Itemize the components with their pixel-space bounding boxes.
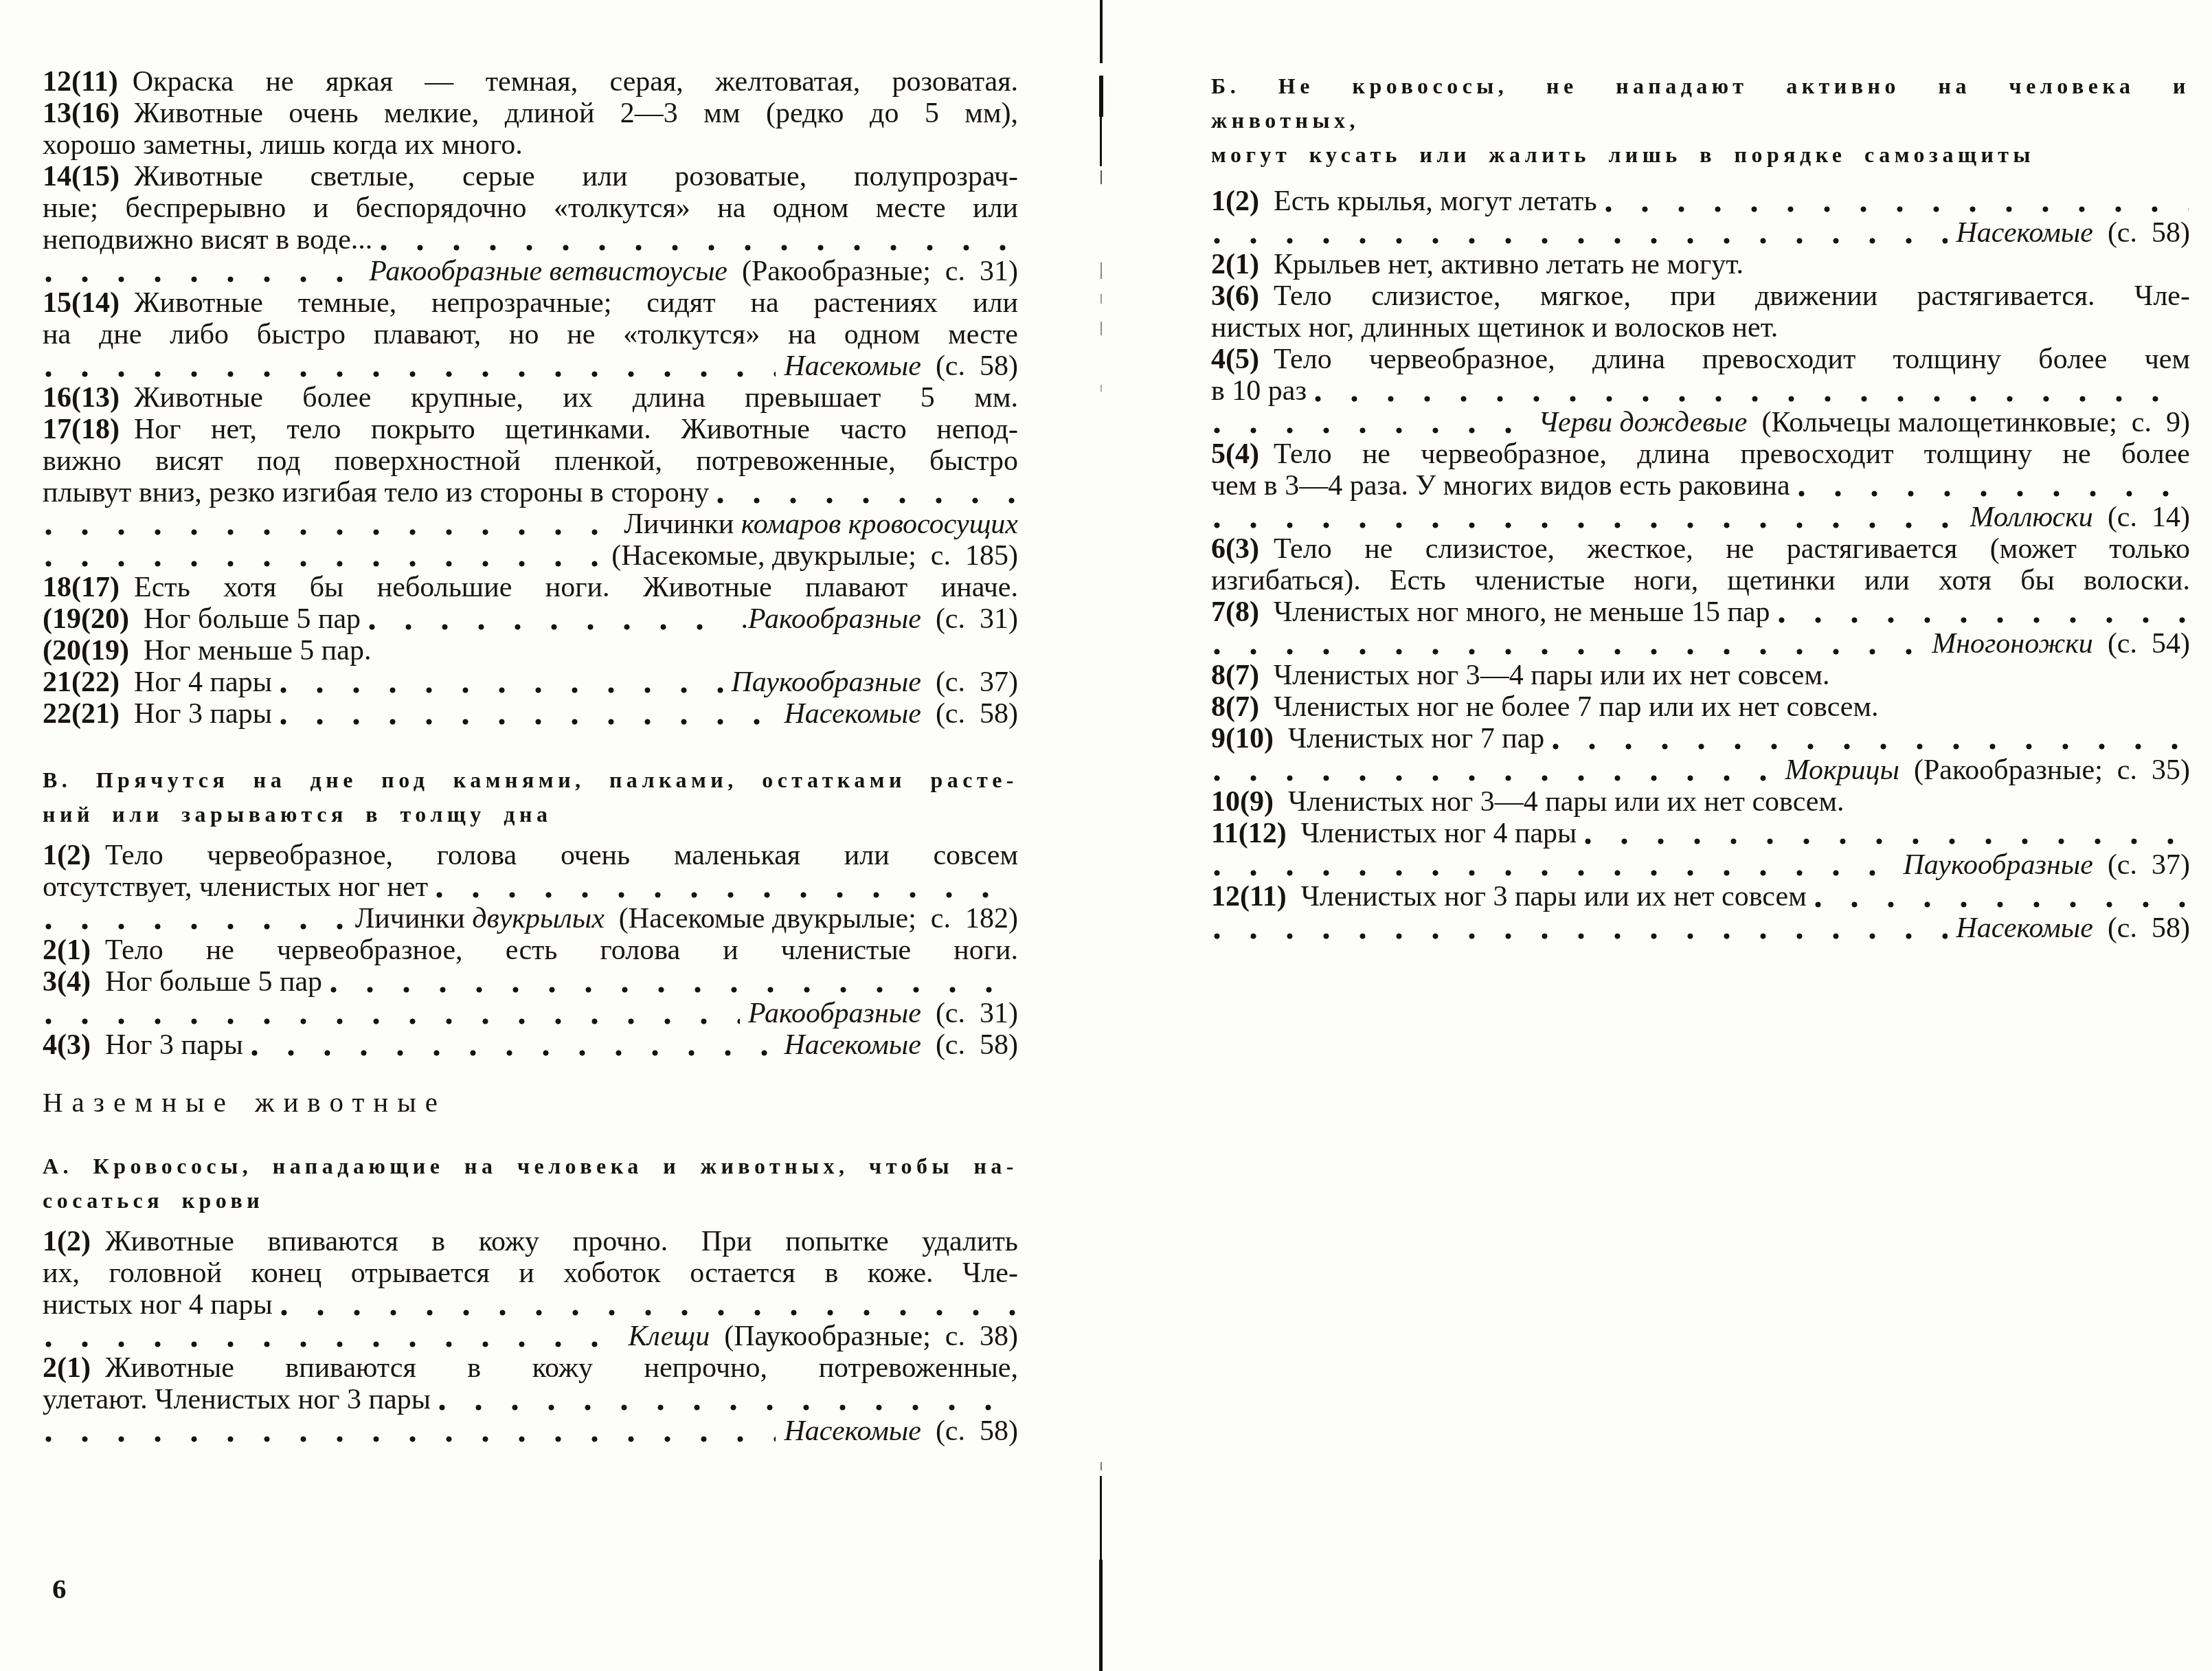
section-header-line: могут кусать или жалить лишь в порядке с… [1211,137,2190,172]
dot-leader [436,892,1017,898]
gutter-line-segment [1101,385,1102,392]
entry-number: 21(22) [43,666,134,698]
text-line: Насекомые (с. 58) [1211,912,2190,944]
text-segment: изгибаться). Есть членистые ноги, щетинк… [1211,565,2190,596]
dot-leader [1798,491,2189,497]
text-segment: (Паукообразные; с. 38) [710,1321,1018,1352]
text-segment: (с. 31) [921,998,1018,1029]
text-segment: Ног 4 пары [134,666,272,698]
dot-leader [1214,522,1962,528]
text-segment: улетают. Членистых ног 3 пары [43,1384,431,1415]
entry-number: 10(9) [1211,786,1288,818]
dot-leader [45,561,603,567]
text-segment: Личинки [624,508,741,540]
taxon-name: Ракообразные ветвистоусые [369,256,727,287]
text-segment: Тело не червеобразное, есть голова и чле… [105,934,1018,966]
text-line: изгибаться). Есть членистые ноги, щетинк… [1211,565,2190,596]
text-line: 2(1) Животные впиваются в кожу непрочно,… [43,1352,1018,1384]
text-line: 2(1) Тело не червеобразное, есть голова … [43,934,1018,966]
dot-leader [1553,743,2189,750]
text-line: Моллюски (с. 14) [1211,502,2190,533]
text-line: Многоножки (с. 54) [1211,628,2190,660]
text-segment: Крыльев нет, активно летать не могут. [1274,249,1743,280]
gutter-line-segment [1099,1560,1103,1671]
text-segment: плывут вниз, резко изгибая тело из сторо… [43,477,709,508]
text-segment: Ног нет, тело покрыто щетинками. Животны… [134,414,1018,445]
text-line: нистых ног 4 пары [43,1289,1018,1321]
entry-number: 8(7) [1211,691,1274,723]
entry-number: 22(21) [43,698,134,730]
dot-leader [45,923,347,930]
text-line: Ракообразные (с. 31) [43,998,1018,1029]
text-segment: . [741,603,748,635]
dot-leader [1214,238,1948,244]
text-segment: Есть хотя бы небольшие ноги. Животные пл… [134,572,1018,603]
dot-leader [281,1310,1017,1316]
dot-leader [717,497,1017,504]
text-segment: Членистых ног 3 пары или их нет совсем [1301,881,1807,912]
text-segment: Членистых ног 3—4 пары или их нет совсем… [1274,660,1830,691]
entry-number: 9(10) [1211,723,1288,754]
header-text: В. Прячутся на дне под камнями, палками,… [43,767,1018,792]
entry-number: 13(16) [43,98,134,129]
text-segment: их, головной конец отрывается и хоботок … [43,1257,1018,1289]
text-segment: Ног больше 5 пар [144,603,361,635]
text-segment: на дне либо быстро плавают, но не «толку… [43,319,1018,350]
text-line: 4(3) Ног 3 парыНасекомые (с. 58) [43,1029,1018,1061]
text-segment: Есть крылья, могут летать [1274,186,1597,217]
taxon-name: Моллюски [1970,502,2093,533]
text-segment: нистых ног, длинных щетинок и волосков н… [1211,312,1778,344]
text-segment: (с. 58) [2093,217,2190,249]
entry-number: 2(1) [43,934,105,966]
entry-number: 12(11) [43,66,133,98]
dot-leader [439,1404,1017,1411]
dot-leader [280,687,723,693]
text-segment: (Кольчецы малощетинковые; с. 9) [1747,407,2190,438]
gutter-line-segment [1101,322,1102,335]
taxon-name: Ракообразные [748,603,921,635]
text-line: 11(12) Членистых ног 4 пары [1211,818,2190,849]
text-segment: (с. 37) [921,666,1018,698]
taxon-name: Ракообразные [748,998,921,1029]
text-segment: Животные впиваются в кожу прочно. При по… [105,1226,1018,1257]
text-segment: Животные более крупные, их длина превыша… [134,382,1018,414]
text-segment: (с. 58) [921,1415,1018,1447]
text-line: 5(4) Тело не червеобразное, длина превос… [1211,438,2190,470]
text-segment: хорошо заметны, лишь когда их много. [43,129,523,161]
taxon-name: Насекомые [784,1415,921,1447]
text-line: 8(7) Членистых ног 3—4 пары или их нет с… [1211,660,2190,691]
text-line: неподвижно висят в воде... [43,224,1018,256]
section-header-line: сосаться крови [43,1183,1018,1218]
text-line: Черви дождевые (Кольчецы малощетинковые;… [1211,407,2190,438]
text-line: (Насекомые, двукрылые; с. 185) [43,540,1018,572]
text-segment: (с. 14) [2093,502,2190,533]
text-line: 4(5) Тело червеобразное, длина превосход… [1211,344,2190,375]
text-line: Насекомые (с. 58) [43,350,1018,382]
header-text: сосаться крови [43,1188,264,1213]
page-number: 6 [52,1572,67,1605]
page-gutter-line [1098,0,1105,1671]
text-line: Мокрицы (Ракообразные; с. 35) [1211,754,2190,786]
text-segment: (Насекомые, двукрылые; с. 185) [611,540,1018,572]
text-segment: Животные впиваются в кожу непрочно, потр… [105,1352,1018,1384]
dot-leader [381,245,1017,251]
taxon-name: Насекомые [784,1029,921,1061]
taxon-name: двукрылых [472,903,605,934]
entry-number: 18(17) [43,572,134,603]
text-line: 15(14) Животные темные, непрозрачные; си… [43,287,1018,319]
text-segment: (с. 58) [921,1029,1018,1061]
dot-leader [1815,901,2189,908]
book-spread: 12(11) Окраска не яркая — темная, серая,… [0,0,2212,1671]
text-segment: (Ракообразные; с. 31) [727,256,1018,287]
text-segment: (с. 58) [921,698,1018,730]
dot-leader [280,719,776,725]
text-segment: Ног меньше 5 пар. [144,635,372,666]
text-segment: в 10 раз [1211,375,1307,407]
text-line: вижно висят под поверхностной пленкой, п… [43,445,1018,477]
text-line: 12(11) Членистых ног 3 пары или их нет с… [1211,881,2190,912]
dot-leader [330,987,1017,993]
text-line: отсутствует, членистых ног нет [43,871,1018,903]
taxon-name: Паукообразные [732,666,921,698]
text-line: нистых ног, длинных щетинок и волосков н… [1211,312,2190,344]
dot-leader [1315,396,2189,402]
text-line: 2(1) Крыльев нет, активно летать не могу… [1211,249,2190,280]
dot-leader [1214,933,1948,939]
section-header-line: А. Кровососы, нападающие на человека и ж… [43,1149,1018,1183]
entry-number: 1(2) [1211,186,1274,217]
gutter-line-segment [1100,0,1103,63]
text-segment: Тело слизистое, мягкое, при движении рас… [1274,280,2190,312]
dot-leader [1779,617,2189,623]
entry-number: 8(7) [1211,660,1274,691]
text-segment: чем в 3—4 раза. У многих видов есть рако… [1211,470,1790,502]
taxon-name: Насекомые [784,698,921,730]
entry-number: 4(3) [43,1029,105,1061]
text-segment: Членистых ног 3—4 пары или их нет совсем… [1288,786,1844,818]
section-title: Наземные животные [43,1083,1018,1121]
text-line: 16(13) Животные более крупные, их длина … [43,382,1018,414]
header-text: А. Кровососы, нападающие на человека и ж… [43,1154,1018,1178]
text-line: 9(10) Членистых ног 7 пар [1211,723,2190,754]
text-segment: (Насекомые двукрылые; с. 182) [605,903,1018,934]
gutter-line-segment [1101,294,1102,304]
taxon-name: Паукообразные [1904,849,2093,881]
text-line: их, головной конец отрывается и хоботок … [43,1257,1018,1289]
text-segment: Окраска не яркая — темная, серая, желтов… [133,66,1018,98]
text-segment: (с. 58) [2093,912,2190,944]
dot-leader [45,1436,776,1442]
text-segment: нистых ног 4 пары [43,1289,273,1321]
right-page-text-column: Б. Не кровососы, не нападают активно на … [1211,69,2190,944]
taxon-name: Насекомые [1956,217,2092,249]
gutter-line-segment [1101,170,1102,184]
left-page-text-column: 12(11) Окраска не яркая — темная, серая,… [43,66,1018,1447]
entry-number: (19(20) [43,603,144,635]
taxon-name: Многоножки [1932,628,2093,660]
text-line: 17(18) Ног нет, тело покрыто щетинками. … [43,414,1018,445]
text-line: плывут вниз, резко изгибая тело из сторо… [43,477,1018,508]
text-segment: Животные темные, непрозрачные; сидят на … [134,287,1018,319]
text-segment: неподвижно висят в воде... [43,224,372,256]
text-line: 7(8) Членистых ног много, не меньше 15 п… [1211,596,2190,628]
text-line: на дне либо быстро плавают, но не «толку… [43,319,1018,350]
taxon-name: Насекомые [1956,912,2092,944]
entry-number: 4(5) [1211,344,1274,375]
dot-leader [1214,775,1777,781]
entry-number: 5(4) [1211,438,1274,470]
dot-leader [45,276,361,282]
entry-number: 7(8) [1211,596,1274,628]
text-segment: Членистых ног 4 пары [1301,818,1577,849]
text-line: 18(17) Есть хотя бы небольшие ноги. Живо… [43,572,1018,603]
dot-leader [1214,870,1895,876]
gutter-line-segment [1100,117,1102,166]
text-segment: Тело червеобразное, длина превосходит то… [1274,344,2190,375]
text-segment: отсутствует, членистых ног нет [43,871,428,903]
text-segment: Тело не слизистое, жесткое, не растягива… [1274,533,2190,565]
dot-leader [45,371,776,377]
text-segment: Членистых ног 7 пар [1288,723,1544,754]
text-segment: вижно висят под поверхностной пленкой, п… [43,445,1018,477]
entry-number: 12(11) [1211,881,1301,912]
entry-number: 3(4) [43,966,105,998]
taxon-name: Клещи [629,1321,710,1352]
entry-number: 11(12) [1211,818,1301,849]
entry-number: 6(3) [1211,533,1274,565]
text-segment: Ног 3 пары [105,1029,243,1061]
section-header-line: Б. Не кровососы, не нападают активно на … [1211,69,2190,137]
text-segment: (с. 31) [921,603,1018,635]
entry-number: 2(1) [1211,249,1274,280]
gutter-line-segment [1100,1476,1102,1561]
dot-leader [251,1050,776,1056]
section-header-line: В. Прячутся на дне под камнями, палками,… [43,763,1018,797]
text-segment: (с. 54) [2093,628,2190,660]
dot-leader [1214,649,1923,655]
text-line: чем в 3—4 раза. У многих видов есть рако… [1211,470,2190,502]
dot-leader [369,624,732,630]
entry-number: 17(18) [43,414,134,445]
text-line: Личинки двукрылых (Насекомые двукрылые; … [43,903,1018,934]
text-line: (19(20) Ног больше 5 пар.Ракообразные (с… [43,603,1018,635]
entry-number: 1(2) [43,840,105,871]
text-segment: Членистых ног не более 7 пар или их нет … [1274,691,1879,723]
header-text: ний или зарываются в толщу дна [43,802,552,827]
text-line: ные; беспрерывно и беспорядочно «толкутс… [43,192,1018,224]
gutter-line-segment [1101,262,1102,279]
text-segment: Животные светлые, серые или розоватые, п… [134,161,1018,192]
entry-number: 14(15) [43,161,134,192]
text-line: 3(6) Тело слизистое, мягкое, при движени… [1211,280,2190,312]
text-line: 8(7) Членистых ног не более 7 пар или их… [1211,691,2190,723]
text-segment: (с. 58) [921,350,1018,382]
entry-number: 16(13) [43,382,134,414]
text-line: Личинки комаров кровососущих [43,508,1018,540]
entry-number: 2(1) [43,1352,105,1384]
taxon-name: Черви дождевые [1538,407,1747,438]
text-line: Насекомые (с. 58) [1211,217,2190,249]
text-line: в 10 раз [1211,375,2190,407]
taxon-name: комаров кровососущих [741,508,1018,540]
header-text: Б. Не кровососы, не нападают активно на … [1211,74,2190,133]
text-line: 13(16) Животные очень мелкие, длиной 2—3… [43,98,1018,129]
entry-number: 15(14) [43,287,134,319]
text-line: Паукообразные (с. 37) [1211,849,2190,881]
text-segment: Ног больше 5 пар [105,966,322,998]
text-line: 12(11) Окраска не яркая — темная, серая,… [43,66,1018,98]
text-segment: Тело не червеобразное, длина превосходит… [1274,438,2190,470]
text-line: 10(9) Членистых ног 3—4 пары или их нет … [1211,786,2190,818]
dot-leader [45,1341,620,1347]
gutter-line-segment [1101,1462,1102,1470]
text-segment: Членистых ног много, не меньше 15 пар [1274,596,1770,628]
text-segment: ные; беспрерывно и беспорядочно «толкутс… [43,192,1018,224]
text-line: (20(19) Ног меньше 5 пар. [43,635,1018,666]
dot-leader [1605,206,2189,212]
header-text: Наземные животные [43,1086,447,1118]
text-segment: Тело червеобразное, голова очень маленьк… [105,840,1018,871]
text-segment: (с. 37) [2093,849,2190,881]
text-segment: Личинки [355,903,472,934]
text-line: 14(15) Животные светлые, серые или розов… [43,161,1018,192]
text-line: 3(4) Ног больше 5 пар [43,966,1018,998]
text-line: улетают. Членистых ног 3 пары [43,1384,1018,1415]
text-line: хорошо заметны, лишь когда их много. [43,129,1018,161]
dot-leader [1585,838,2189,844]
dot-leader [45,1018,740,1024]
taxon-name: Мокрицы [1785,754,1899,786]
dot-leader [45,529,616,535]
header-text: могут кусать или жалить лишь в порядке с… [1211,142,2035,167]
dot-leader [1214,427,1530,434]
gutter-line-segment [1099,76,1103,117]
entry-number: (20(19) [43,635,144,666]
text-line: 6(3) Тело не слизистое, жесткое, не раст… [1211,533,2190,565]
entry-number: 1(2) [43,1226,105,1257]
text-line: Клещи (Паукообразные; с. 38) [43,1321,1018,1352]
text-segment: Животные очень мелкие, длиной 2—3 мм (ре… [134,98,1018,129]
entry-number: 3(6) [1211,280,1274,312]
text-line: Ракообразные ветвистоусые (Ракообразные;… [43,256,1018,287]
text-line: 1(2) Тело червеобразное, голова очень ма… [43,840,1018,871]
text-segment: Ног 3 пары [134,698,272,730]
text-segment: (Ракообразные; с. 35) [1899,754,2190,786]
text-line: 1(2) Есть крылья, могут летать [1211,186,2190,217]
section-header-line: ний или зарываются в толщу дна [43,797,1018,831]
text-line: 22(21) Ног 3 парыНасекомые (с. 58) [43,698,1018,730]
taxon-name: Насекомые [784,350,921,382]
text-line: Насекомые (с. 58) [43,1415,1018,1447]
text-line: 1(2) Животные впиваются в кожу прочно. П… [43,1226,1018,1257]
text-line: 21(22) Ног 4 парыПаукообразные (с. 37) [43,666,1018,698]
